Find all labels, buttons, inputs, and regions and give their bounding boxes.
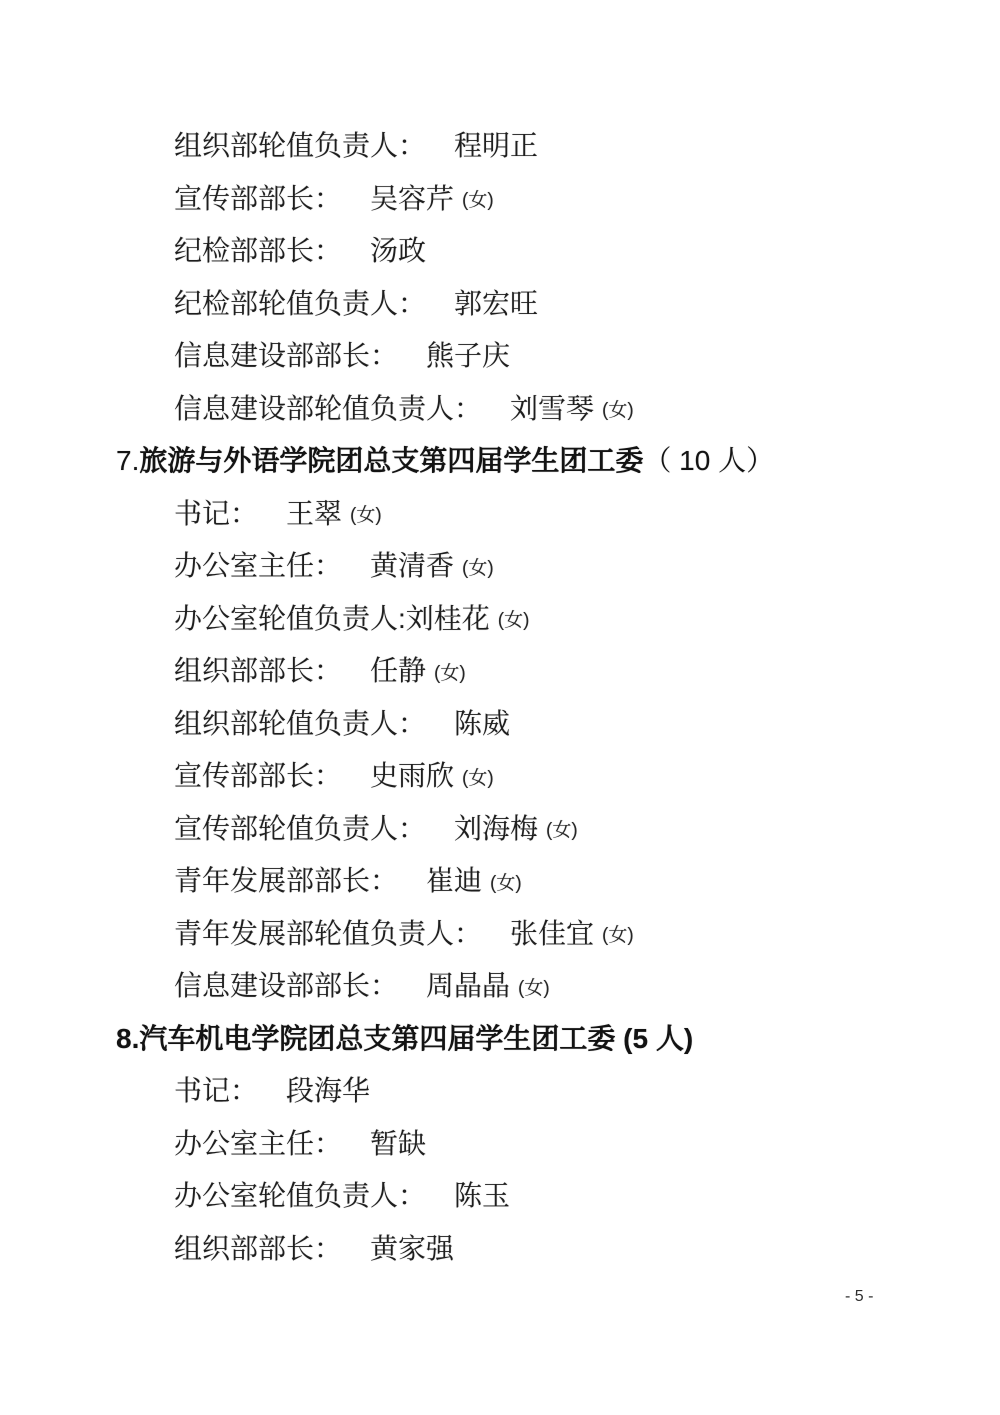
roster-entry: 办公室轮值负责人:刘桂花(女) xyxy=(174,593,1000,646)
roster-entry: 宣传部部长： 史雨欣(女) xyxy=(174,750,1000,803)
entry-name: 程明正 xyxy=(454,132,538,160)
label-name-gap xyxy=(398,867,426,895)
entry-label: 青年发展部部长： xyxy=(174,867,398,895)
entry-name: 刘海梅 xyxy=(454,815,538,843)
entry-label: 组织部部长： xyxy=(174,657,342,685)
label-name-gap xyxy=(342,657,370,685)
roster-entry: 组织部轮值负责人： 程明正 xyxy=(174,120,1000,173)
entry-name: 黄清香 xyxy=(370,552,454,580)
heading-number: 7. xyxy=(116,447,139,475)
entry-name: 刘桂花 xyxy=(406,605,490,633)
entry-label: 信息建设部部长： xyxy=(174,972,398,1000)
roster-entry: 办公室主任： 黄清香(女) xyxy=(174,540,1000,593)
section-heading: 8.汽车机电学院团总支第四届学生团工委 (5 人) xyxy=(116,1013,1000,1066)
roster-entry: 宣传部轮值负责人： 刘海梅(女) xyxy=(174,803,1000,856)
entry-label: 组织部部长： xyxy=(174,1235,342,1263)
label-name-gap xyxy=(258,500,286,528)
entry-name: 陈威 xyxy=(454,710,510,738)
entry-name: 暂缺 xyxy=(370,1130,426,1158)
entry-name: 黄家强 xyxy=(370,1235,454,1263)
entry-name: 周晶晶 xyxy=(426,972,510,1000)
entry-label: 书记： xyxy=(174,500,258,528)
label-name-gap xyxy=(398,972,426,1000)
entry-gender: (女) xyxy=(462,769,494,788)
label-name-gap xyxy=(342,1130,370,1158)
entry-name: 任静 xyxy=(370,657,426,685)
heading-title: 汽车机电学院团总支第四届学生团工委 xyxy=(139,1025,615,1053)
roster-entry: 办公室轮值负责人： 陈玉 xyxy=(174,1170,1000,1223)
entry-label: 宣传部部长： xyxy=(174,762,342,790)
entry-label: 宣传部部长： xyxy=(174,185,342,213)
label-name-gap xyxy=(342,552,370,580)
entry-label: 纪检部部长： xyxy=(174,237,342,265)
entry-name: 吴容芹 xyxy=(370,185,454,213)
entry-label: 办公室轮值负责人: xyxy=(174,605,406,633)
entry-name: 崔迪 xyxy=(426,867,482,895)
section-heading: 7.旅游与外语学院团总支第四届学生团工委（ 10 人） xyxy=(116,435,1000,488)
roster-entry: 青年发展部轮值负责人： 张佳宜(女) xyxy=(174,908,1000,961)
roster-entry: 组织部部长： 黄家强 xyxy=(174,1223,1000,1276)
roster-entry: 信息建设部部长： 熊子庆 xyxy=(174,330,1000,383)
document-page: 组织部轮值负责人： 程明正宣传部部长： 吴容芹(女)纪检部部长： 汤政纪检部轮值… xyxy=(0,0,1000,1275)
entry-gender: (女) xyxy=(546,821,578,840)
entry-label: 书记： xyxy=(174,1077,258,1105)
heading-count: （ 10 人） xyxy=(643,447,774,475)
entry-gender: (女) xyxy=(462,559,494,578)
entry-name: 陈玉 xyxy=(454,1182,510,1210)
roster-entry: 书记： 段海华 xyxy=(174,1065,1000,1118)
roster-entry: 纪检部轮值负责人： 郭宏旺 xyxy=(174,278,1000,331)
page-number: - 5 - xyxy=(845,1288,873,1306)
entry-name: 张佳宜 xyxy=(510,920,594,948)
entry-label: 组织部轮值负责人： xyxy=(174,710,426,738)
roster-entry: 青年发展部部长： 崔迪(女) xyxy=(174,855,1000,908)
label-name-gap xyxy=(482,920,510,948)
entry-name: 郭宏旺 xyxy=(454,290,538,318)
label-name-gap xyxy=(342,1235,370,1263)
label-name-gap xyxy=(426,290,454,318)
entry-label: 办公室轮值负责人： xyxy=(174,1182,426,1210)
entry-name: 王翠 xyxy=(286,500,342,528)
entry-gender: (女) xyxy=(602,926,634,945)
entry-name: 熊子庆 xyxy=(426,342,510,370)
entry-label: 办公室主任： xyxy=(174,552,342,580)
roster-entry: 组织部部长： 任静(女) xyxy=(174,645,1000,698)
entry-gender: (女) xyxy=(602,401,634,420)
roster-entry: 宣传部部长： 吴容芹(女) xyxy=(174,173,1000,226)
label-name-gap xyxy=(258,1077,286,1105)
roster-entry: 书记： 王翠(女) xyxy=(174,488,1000,541)
entry-name: 史雨欣 xyxy=(370,762,454,790)
heading-number: 8. xyxy=(116,1025,139,1053)
entry-gender: (女) xyxy=(498,611,530,630)
entry-label: 信息建设部部长： xyxy=(174,342,398,370)
entry-label: 信息建设部轮值负责人： xyxy=(174,395,482,423)
label-name-gap xyxy=(426,815,454,843)
label-name-gap xyxy=(342,762,370,790)
entry-name: 刘雪琴 xyxy=(510,395,594,423)
roster-entry: 信息建设部部长： 周晶晶(女) xyxy=(174,960,1000,1013)
label-name-gap xyxy=(426,710,454,738)
label-name-gap xyxy=(482,395,510,423)
roster-entry: 信息建设部轮值负责人： 刘雪琴(女) xyxy=(174,383,1000,436)
entry-label: 宣传部轮值负责人： xyxy=(174,815,426,843)
entry-label: 组织部轮值负责人： xyxy=(174,132,426,160)
label-name-gap xyxy=(426,1182,454,1210)
entry-gender: (女) xyxy=(518,979,550,998)
entry-name: 汤政 xyxy=(370,237,426,265)
label-name-gap xyxy=(426,132,454,160)
roster-entry: 组织部轮值负责人： 陈威 xyxy=(174,698,1000,751)
label-name-gap xyxy=(398,342,426,370)
roster-list: 组织部轮值负责人： 程明正宣传部部长： 吴容芹(女)纪检部部长： 汤政纪检部轮值… xyxy=(116,120,1000,1275)
entry-gender: (女) xyxy=(350,506,382,525)
heading-title: 旅游与外语学院团总支第四届学生团工委 xyxy=(139,447,643,475)
entry-gender: (女) xyxy=(434,664,466,683)
entry-gender: (女) xyxy=(462,191,494,210)
entry-label: 纪检部轮值负责人： xyxy=(174,290,426,318)
entry-gender: (女) xyxy=(490,874,522,893)
entry-label: 青年发展部轮值负责人： xyxy=(174,920,482,948)
entry-name: 段海华 xyxy=(286,1077,370,1105)
label-name-gap xyxy=(342,185,370,213)
entry-label: 办公室主任： xyxy=(174,1130,342,1158)
roster-entry: 纪检部部长： 汤政 xyxy=(174,225,1000,278)
label-name-gap xyxy=(342,237,370,265)
roster-entry: 办公室主任： 暂缺 xyxy=(174,1118,1000,1171)
heading-count: (5 人) xyxy=(615,1025,693,1053)
